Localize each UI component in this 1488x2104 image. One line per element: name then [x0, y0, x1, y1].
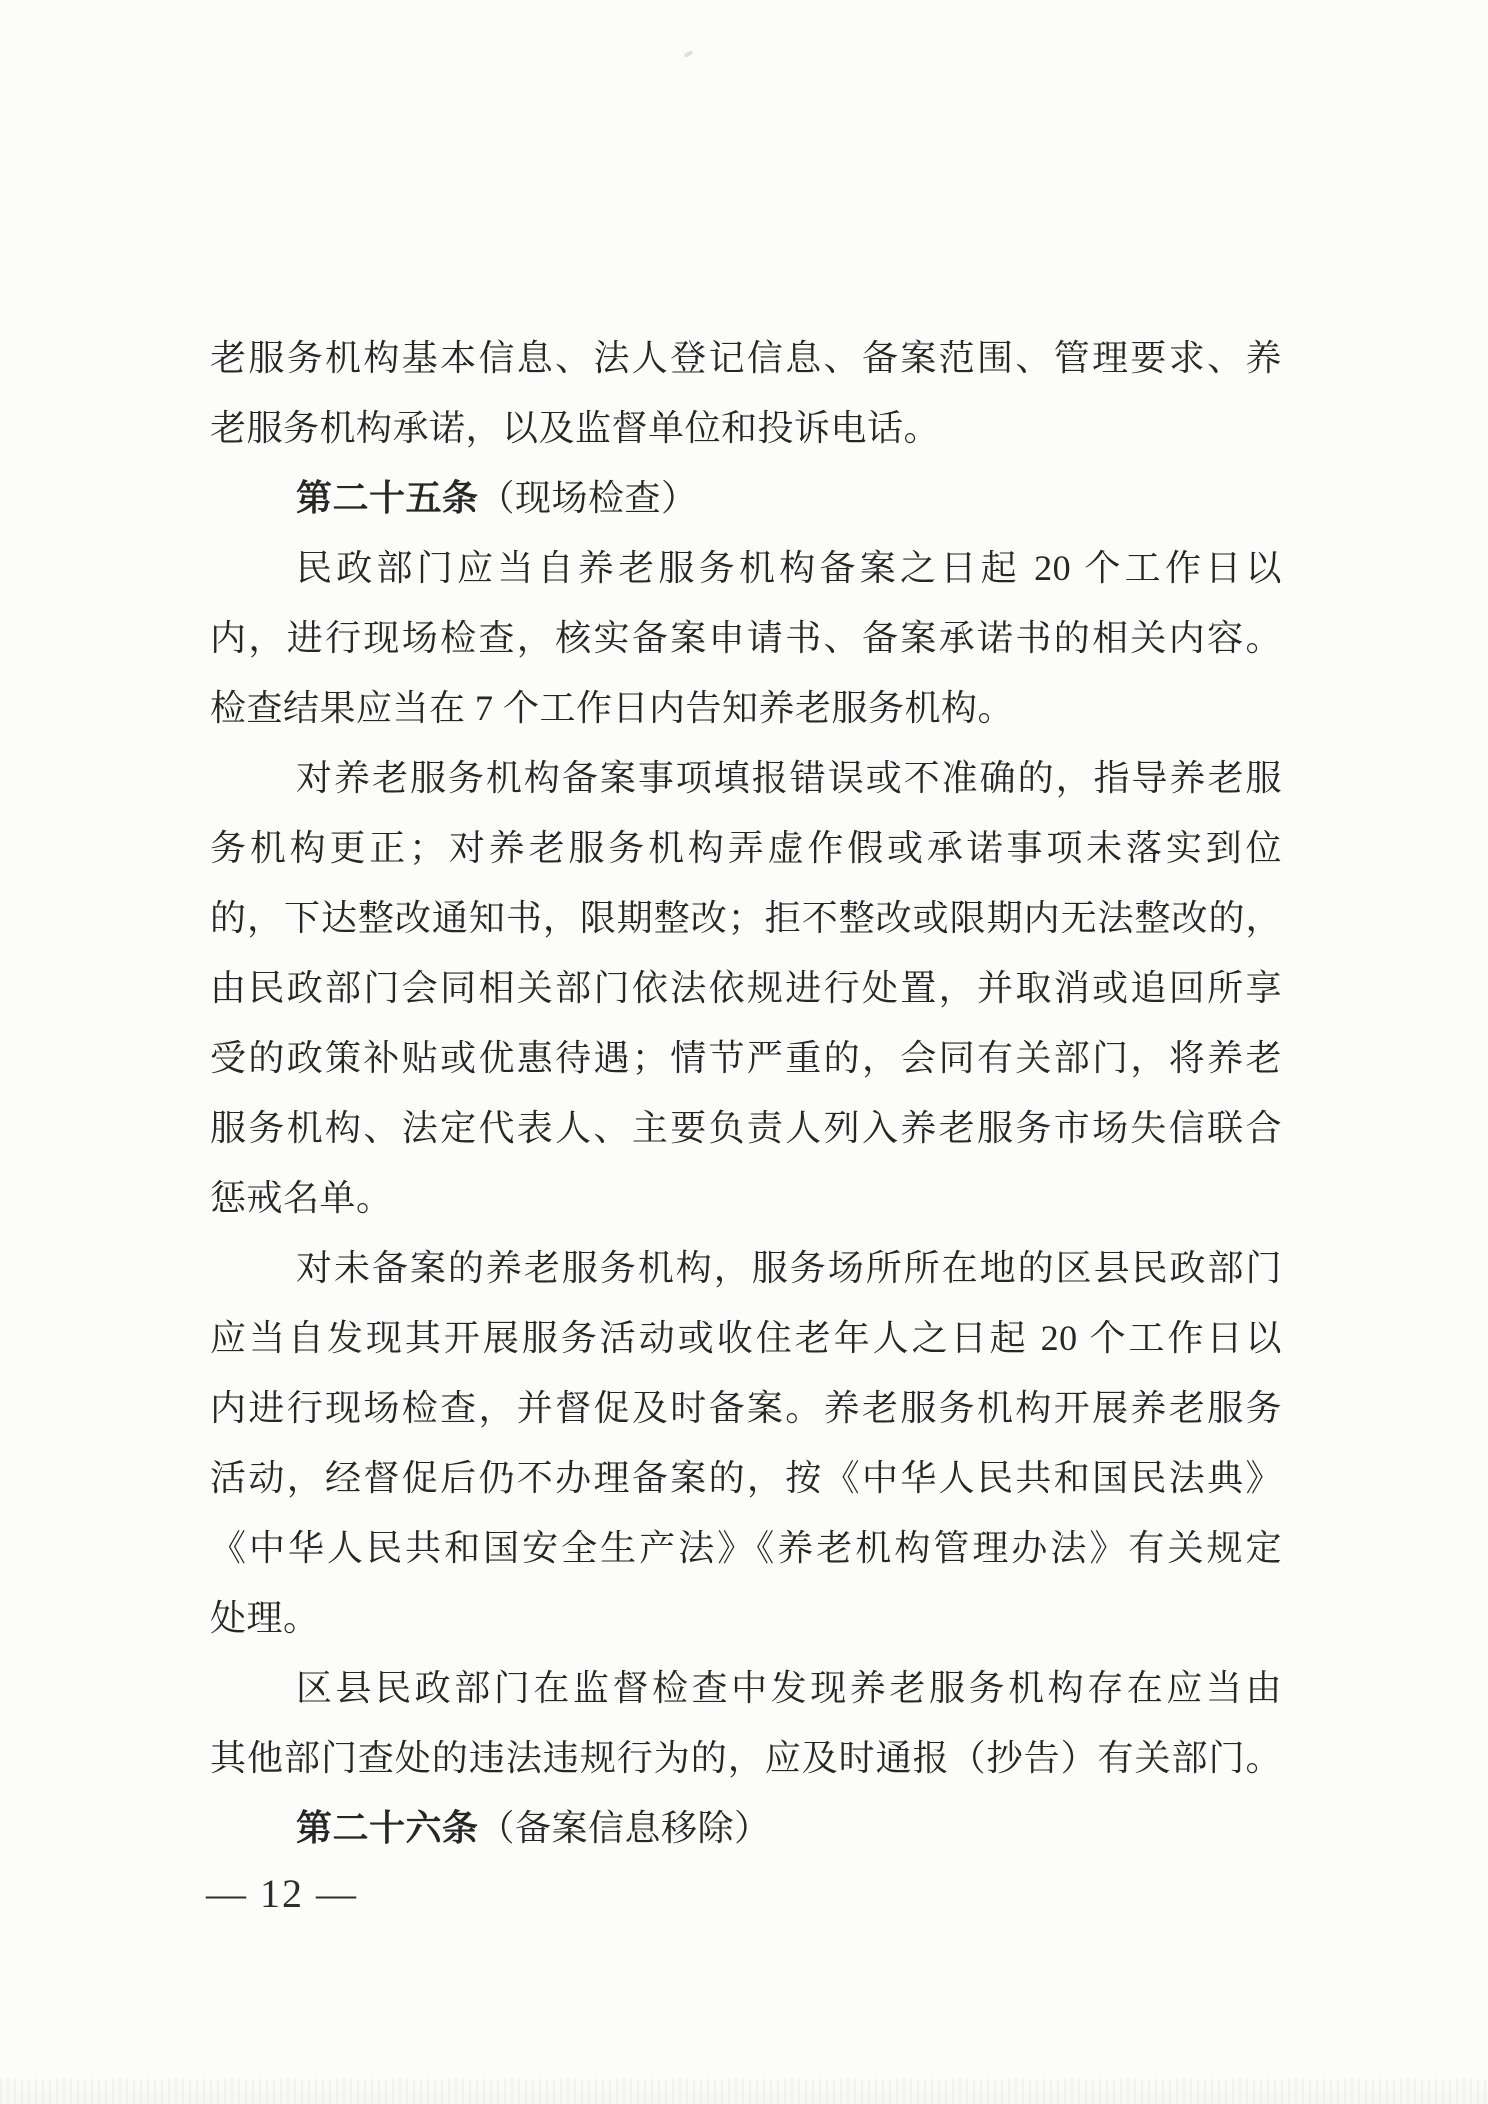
body-line: 老服务机构承诺，以及监督单位和投诉电话。: [210, 393, 1282, 463]
body-line: 内，进行现场检查，核实备案申请书、备案承诺书的相关内容。: [210, 603, 1282, 673]
body-line: 对未备案的养老服务机构，服务场所所在地的区县民政部门: [210, 1233, 1282, 1303]
body-line: 处理。: [210, 1583, 1282, 1653]
body-line: 务机构更正；对养老服务机构弄虚作假或承诺事项未落实到位: [210, 813, 1282, 883]
article-number: 第二十六条: [296, 1808, 479, 1848]
scan-speck: [684, 50, 694, 58]
page-number: — 12 —: [206, 1870, 358, 1918]
article-26-heading: 第二十六条（备案信息移除）: [210, 1793, 1282, 1863]
scan-edge-noise: [0, 2078, 1488, 2104]
scanned-document-page: 老服务机构基本信息、法人登记信息、备案范围、管理要求、养 老服务机构承诺，以及监…: [0, 0, 1488, 2104]
body-line: 老服务机构基本信息、法人登记信息、备案范围、管理要求、养: [210, 323, 1282, 393]
article-title-annotation: （现场检查）: [479, 478, 698, 518]
body-line: 区县民政部门在监督检查中发现养老服务机构存在应当由: [210, 1653, 1282, 1723]
document-body: 老服务机构基本信息、法人登记信息、备案范围、管理要求、养 老服务机构承诺，以及监…: [210, 323, 1282, 1863]
article-number: 第二十五条: [296, 478, 479, 518]
body-line: 其他部门查处的违法违规行为的，应及时通报（抄告）有关部门。: [210, 1723, 1282, 1793]
body-line: 《中华人民共和国安全生产法》《养老机构管理办法》有关规定: [210, 1513, 1282, 1583]
body-line: 的，下达整改通知书，限期整改；拒不整改或限期内无法整改的，: [210, 883, 1282, 953]
body-line: 应当自发现其开展服务活动或收住老年人之日起 20 个工作日以: [210, 1303, 1282, 1373]
body-line: 检查结果应当在 7 个工作日内告知养老服务机构。: [210, 673, 1282, 743]
body-line: 受的政策补贴或优惠待遇；情节严重的，会同有关部门，将养老: [210, 1023, 1282, 1093]
body-line: 由民政部门会同相关部门依法依规进行处置，并取消或追回所享: [210, 953, 1282, 1023]
body-line: 对养老服务机构备案事项填报错误或不准确的，指导养老服: [210, 743, 1282, 813]
article-title-annotation: （备案信息移除）: [479, 1808, 771, 1848]
body-line: 惩戒名单。: [210, 1163, 1282, 1233]
article-25-heading: 第二十五条（现场检查）: [210, 463, 1282, 533]
body-line: 内进行现场检查，并督促及时备案。养老服务机构开展养老服务: [210, 1373, 1282, 1443]
body-line: 活动，经督促后仍不办理备案的，按《中华人民共和国民法典》: [210, 1443, 1282, 1513]
body-line: 民政部门应当自养老服务机构备案之日起 20 个工作日以: [210, 533, 1282, 603]
body-line: 服务机构、法定代表人、主要负责人列入养老服务市场失信联合: [210, 1093, 1282, 1163]
